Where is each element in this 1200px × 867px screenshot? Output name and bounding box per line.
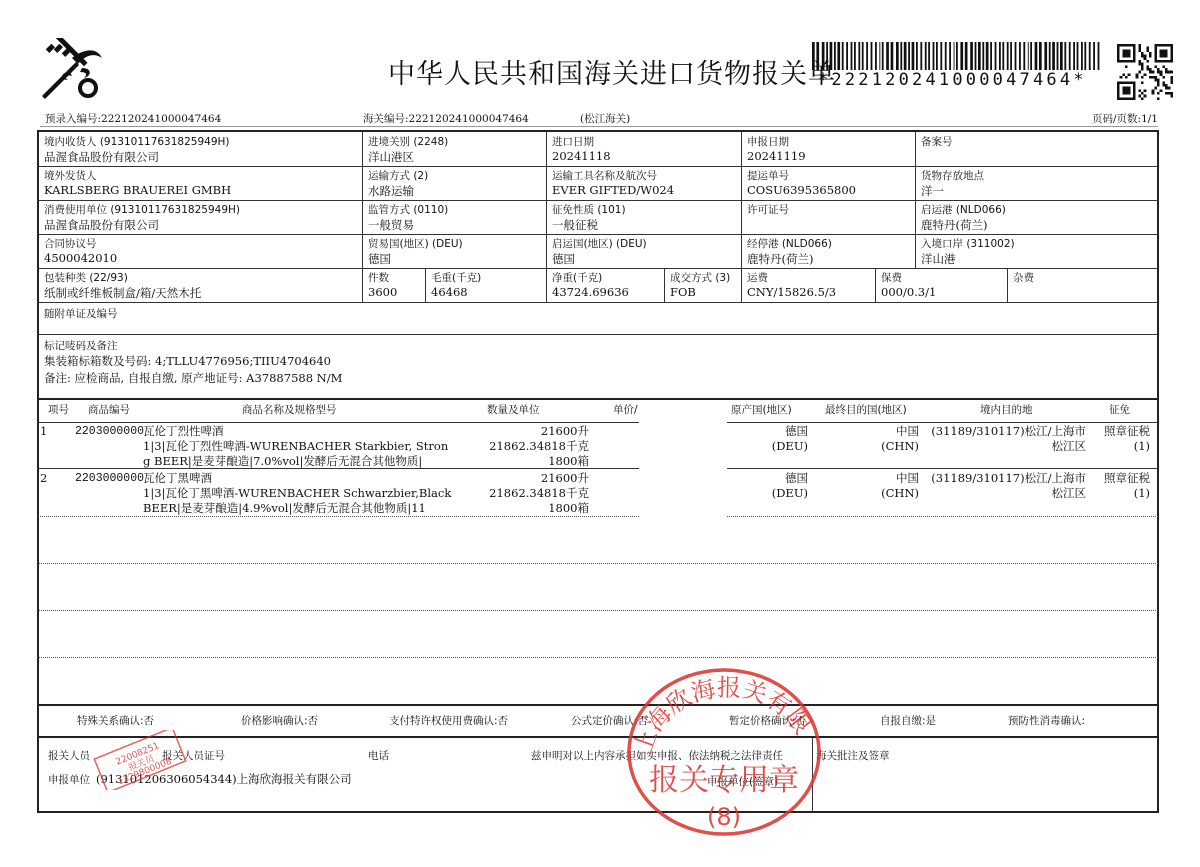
- levy-code: (1): [1134, 438, 1150, 455]
- transport-mode-label: 运输方式 (2): [368, 168, 428, 183]
- dotted-divider: [38, 610, 1158, 611]
- quantity-3: 1800箱: [548, 500, 589, 517]
- column-divider: [362, 132, 363, 166]
- row-divider: [727, 468, 1158, 469]
- header-origin: 原产国(地区): [731, 402, 792, 417]
- supervision-mode-label: 监管方式 (0110): [368, 202, 448, 217]
- header-name-spec: 商品名称及规格型号: [242, 402, 337, 417]
- hs-code: 2203000000: [75, 423, 144, 440]
- header-hs-code: 商品编号: [88, 402, 130, 417]
- header-final-dest: 最终目的国(地区): [825, 402, 907, 417]
- transit-port-value: 鹿特丹(荷兰): [747, 251, 813, 267]
- column-divider: [915, 132, 916, 166]
- row-divider: [38, 166, 1158, 167]
- declare-date-value: 20241119: [747, 149, 806, 163]
- freight-value: CNY/15826.5/3: [747, 285, 836, 299]
- customs-approval-label: 海关批注及签章: [816, 748, 890, 763]
- row-divider: [38, 704, 1158, 706]
- transaction-mode-label: 成交方式 (3): [670, 270, 730, 285]
- header-qty-unit: 数量及单位: [487, 402, 540, 417]
- dotted-divider: [727, 516, 1158, 517]
- departure-country-value: 德国: [552, 251, 575, 267]
- page-title: 中华人民共和国海关进口货物报关单: [388, 52, 836, 91]
- barcode-icon: [812, 42, 1100, 70]
- contract-no-value: 4500042010: [44, 251, 117, 265]
- vessel-voyage-label: 运输工具名称及航次号: [552, 168, 657, 183]
- column-divider: [915, 200, 916, 234]
- customs-emblem-icon: [38, 38, 108, 100]
- attached-docs-label: 随附单证及编号: [44, 306, 118, 321]
- column-divider: [546, 234, 547, 268]
- page-count-label: 页码/页数:: [1092, 113, 1141, 125]
- royalty-payment-confirmation: 支付特许权使用费确认:否: [389, 713, 508, 728]
- item-spec-line2: BEER|是麦芽酿造|4.9%vol|发酵后无混合其他物质|11: [143, 500, 426, 517]
- domestic-dest-district: 松江区: [1052, 485, 1087, 502]
- package-count-label: 件数: [368, 270, 389, 285]
- shipper-label: 境外发货人: [44, 168, 97, 183]
- freight-label: 运费: [747, 270, 768, 285]
- import-date-label: 进口日期: [552, 134, 594, 149]
- stamp-center-text: 报关专用章: [649, 763, 799, 798]
- package-type-value: 纸制或纤维板制盒/箱/天然木托: [44, 285, 201, 301]
- barcode-number: *222120241000047464*: [818, 70, 1087, 90]
- bill-of-lading-value: COSU6395365800: [747, 183, 856, 197]
- stamp-number-text: (8): [707, 803, 741, 831]
- levy-nature-value: 一般征税: [552, 217, 598, 233]
- column-divider: [425, 268, 426, 302]
- container-info: 集装箱标箱数及号码: 4;TLLU4776956;TIIU4704640: [44, 353, 331, 369]
- levy-code: (1): [1134, 485, 1150, 502]
- column-divider: [1007, 268, 1008, 302]
- entry-port-code-value: 洋山港: [921, 251, 956, 267]
- levy-nature-label: 征免性质 (101): [552, 202, 626, 217]
- column-divider: [664, 268, 665, 302]
- entry-port-label: 进境关别 (2248): [368, 134, 448, 149]
- departure-port-label: 启运港 (NLD066): [921, 202, 1006, 217]
- storage-place-value: 洋一: [921, 183, 944, 199]
- qr-code-icon: [1117, 44, 1173, 100]
- row-divider: [38, 302, 1158, 303]
- page-count: 页码/页数:1/1: [1092, 111, 1158, 126]
- dotted-divider: [38, 563, 1158, 564]
- page-count-value: 1/1: [1141, 113, 1158, 125]
- remarks: 备注: 应检商品, 自报自缴, 原产地证号: A37887588 N/M: [44, 370, 342, 386]
- header-domestic-dest: 境内目的地: [980, 402, 1033, 417]
- row-divider: [38, 468, 639, 469]
- item-no: 1: [40, 423, 47, 440]
- customs-office: (松江海关): [580, 111, 630, 126]
- customs-number-label: 海关编号:: [363, 113, 409, 125]
- transaction-mode-value: FOB: [670, 285, 696, 299]
- company-seal-stamp: 上海欣海报关有限公司 报关专用章 (8): [622, 660, 827, 840]
- import-date-value: 20241118: [552, 149, 611, 163]
- column-divider: [546, 200, 547, 234]
- phone-label: 电话: [368, 748, 389, 763]
- transport-mode-value: 水路运输: [368, 183, 414, 199]
- departure-country-label: 启运国(地区) (DEU): [552, 236, 647, 251]
- column-divider: [362, 166, 363, 200]
- consignee-label: 境内收货人 (91310117631825949H): [44, 134, 230, 149]
- net-weight-label: 净重(千克): [552, 270, 602, 285]
- departure-port-value: 鹿特丹(荷兰): [921, 217, 987, 233]
- declare-date-label: 申报日期: [747, 134, 789, 149]
- dotted-divider: [38, 657, 1158, 658]
- entry-port-value: 洋山港区: [368, 149, 414, 165]
- stamp-arc-text: 上海欣海报关有限公司: [622, 660, 816, 758]
- column-divider: [362, 268, 363, 302]
- header-unit-price: 单价/: [613, 402, 638, 417]
- header-item-no: 项号: [48, 402, 69, 417]
- insurance-label: 保费: [881, 270, 902, 285]
- dotted-divider: [38, 516, 639, 517]
- row-divider: [38, 234, 1158, 235]
- header-levy: 征免: [1109, 402, 1130, 417]
- row-divider: [38, 398, 1158, 400]
- column-divider: [362, 234, 363, 268]
- vessel-voyage-value: EVER GIFTED/W024: [552, 183, 674, 197]
- misc-fee-label: 杂费: [1013, 270, 1034, 285]
- column-divider: [741, 200, 742, 234]
- consumer-unit-value: 品渥食品股份有限公司: [44, 217, 159, 233]
- row-divider: [38, 200, 1158, 201]
- self-declare-confirmation: 自报自缴:是: [880, 713, 936, 728]
- supervision-mode-value: 一般贸易: [368, 217, 414, 233]
- column-divider: [546, 132, 547, 166]
- column-divider: [915, 166, 916, 200]
- gross-weight-label: 毛重(千克): [431, 270, 481, 285]
- gross-weight-value: 46468: [431, 285, 468, 299]
- disinfection-confirmation: 预防性消毒确认:: [1008, 713, 1085, 728]
- column-divider: [546, 166, 547, 200]
- origin-code: (DEU): [772, 438, 808, 455]
- column-divider: [741, 166, 742, 200]
- shipper-value: KARLSBERG BRAUEREI GMBH: [44, 183, 231, 197]
- marks-label: 标记唛码及备注: [44, 338, 118, 353]
- declarant-label: 报关人员: [48, 748, 90, 763]
- column-divider: [362, 200, 363, 234]
- trade-country-label: 贸易国(地区) (DEU): [368, 236, 463, 251]
- column-divider: [741, 268, 742, 302]
- transit-port-label: 经停港 (NLD066): [747, 236, 832, 251]
- license-no-label: 许可证号: [747, 202, 789, 217]
- column-divider: [875, 268, 876, 302]
- column-divider: [741, 132, 742, 166]
- item-no: 2: [40, 470, 47, 487]
- package-type-label: 包装种类 (22/93): [44, 270, 128, 285]
- header-divider: [40, 126, 1158, 127]
- svg-text:上海欣海报关有限公司: 上海欣海报关有限公司: [622, 660, 816, 758]
- special-relation-confirmation: 特殊关系确认:否: [77, 713, 154, 728]
- bill-of-lading-label: 提运单号: [747, 168, 789, 183]
- package-count-value: 3600: [368, 285, 397, 299]
- column-divider: [741, 234, 742, 268]
- final-dest-code: (CHN): [881, 438, 919, 455]
- pre-entry-value: 222120241000047464: [101, 113, 221, 125]
- row-divider: [38, 268, 1158, 269]
- column-divider: [915, 234, 916, 268]
- declaring-unit-label: 申报单位: [48, 772, 90, 787]
- pre-entry-number: 预录入编号:222120241000047464: [45, 111, 221, 126]
- domestic-dest-district: 松江区: [1052, 438, 1087, 455]
- consumer-unit-label: 消费使用单位 (91310117631825949H): [44, 202, 240, 217]
- declarant-stamp: 22008251 报关员 1329800008: [92, 730, 188, 790]
- record-no-label: 备案号: [921, 134, 953, 149]
- consignee-value: 品渥食品股份有限公司: [44, 149, 159, 165]
- trade-country-value: 德国: [368, 251, 391, 267]
- insurance-value: 000/0.3/1: [881, 285, 936, 299]
- entry-port-code-label: 入境口岸 (311002): [921, 236, 1015, 251]
- customs-number: 海关编号:222120241000047464: [363, 111, 529, 126]
- pre-entry-label: 预录入编号:: [45, 113, 101, 125]
- net-weight-value: 43724.69636: [552, 285, 629, 299]
- row-divider: [38, 334, 1158, 335]
- price-influence-confirmation: 价格影响确认:否: [241, 713, 318, 728]
- final-dest-code: (CHN): [881, 485, 919, 502]
- customs-number-value: 222120241000047464: [409, 113, 529, 125]
- hs-code: 2203000000: [75, 470, 144, 487]
- storage-place-label: 货物存放地点: [921, 168, 984, 183]
- contract-no-label: 合同协议号: [44, 236, 97, 251]
- row-divider: [38, 736, 1158, 738]
- origin-code: (DEU): [772, 485, 808, 502]
- column-divider: [546, 268, 547, 302]
